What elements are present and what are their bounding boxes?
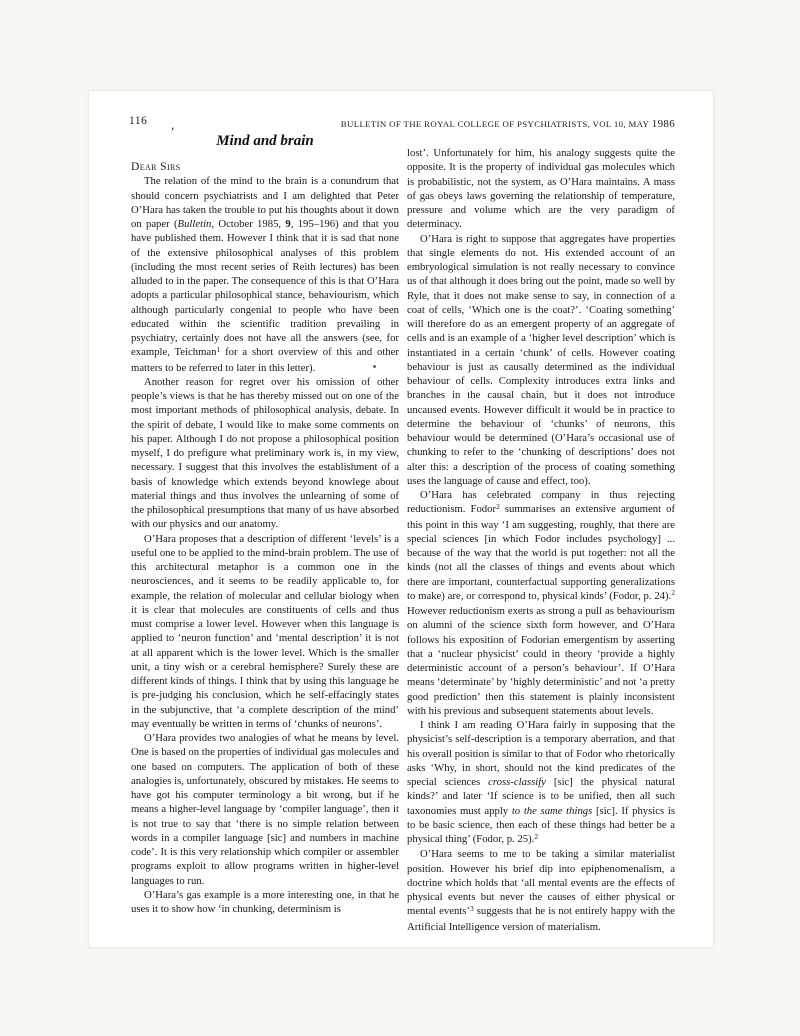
- column-right: lost’. Unfortunately for him, his analog…: [407, 146, 675, 934]
- text-run: 2: [534, 832, 538, 841]
- text-run: to the same things: [512, 805, 592, 817]
- paragraph: O’Hara seems to me to be taking a simila…: [407, 847, 675, 934]
- paragraph: O’Hara has celebrated company in thus re…: [407, 488, 675, 718]
- page-number: 116: [129, 115, 147, 127]
- text-run: O’Hara provides two analogies of what he…: [131, 732, 399, 887]
- journal-header: BULLETIN OF THE ROYAL COLLEGE OF PSYCHIA…: [341, 118, 675, 130]
- text-run: Bulletin: [178, 218, 212, 230]
- text-run: O’Hara proposes that a description of di…: [131, 533, 399, 730]
- paragraph: O’Hara provides two analogies of what he…: [131, 731, 399, 888]
- journal-year: 1986: [652, 118, 675, 130]
- text-run: O’Hara is right to suppose that aggregat…: [407, 233, 675, 487]
- text-run: , October 1985,: [211, 218, 285, 230]
- journal-title: BULLETIN OF THE ROYAL COLLEGE OF PSYCHIA…: [341, 119, 649, 129]
- pen-mark: ,: [171, 117, 174, 133]
- ink-dot: [373, 365, 376, 368]
- paragraph: O’Hara is right to suppose that aggregat…: [407, 232, 675, 489]
- paragraph: The relation of the mind to the brain is…: [131, 174, 399, 375]
- text-run: Another reason for regret over his omiss…: [131, 376, 399, 531]
- text-run: 3: [470, 904, 474, 913]
- text-run: However reductionism exerts as strong a …: [407, 605, 675, 717]
- salutation: Dear Sirs: [131, 160, 399, 174]
- text-run: summarises an extensive argument of this…: [407, 503, 675, 602]
- text-run: O’Hara’s gas example is a more interesti…: [131, 889, 399, 915]
- text-run: , 195–196) and that you have published t…: [131, 218, 399, 358]
- text-run: 2: [496, 502, 500, 511]
- text-run: 2: [671, 588, 675, 597]
- column-right-paragraphs: lost’. Unfortunately for him, his analog…: [407, 146, 675, 934]
- column-left-paragraphs: The relation of the mind to the brain is…: [131, 174, 399, 916]
- column-left: Dear Sirs The relation of the mind to th…: [131, 160, 399, 916]
- paragraph: O’Hara proposes that a description of di…: [131, 532, 399, 732]
- text-run: 1: [217, 345, 221, 354]
- text-run: lost’. Unfortunately for him, his analog…: [407, 147, 675, 230]
- paragraph: Another reason for regret over his omiss…: [131, 375, 399, 532]
- article-title: Mind and brain: [131, 133, 399, 150]
- paragraph: lost’. Unfortunately for him, his analog…: [407, 146, 675, 232]
- scanned-journal-page: { "page_header": { "page_number": "116",…: [0, 0, 800, 1036]
- text-run: cross-classify: [488, 776, 546, 788]
- paragraph: I think I am reading O’Hara fairly in su…: [407, 718, 675, 847]
- paragraph: O’Hara’s gas example is a more interesti…: [131, 888, 399, 917]
- page-sheet: 116 , BULLETIN OF THE ROYAL COLLEGE OF P…: [88, 90, 714, 948]
